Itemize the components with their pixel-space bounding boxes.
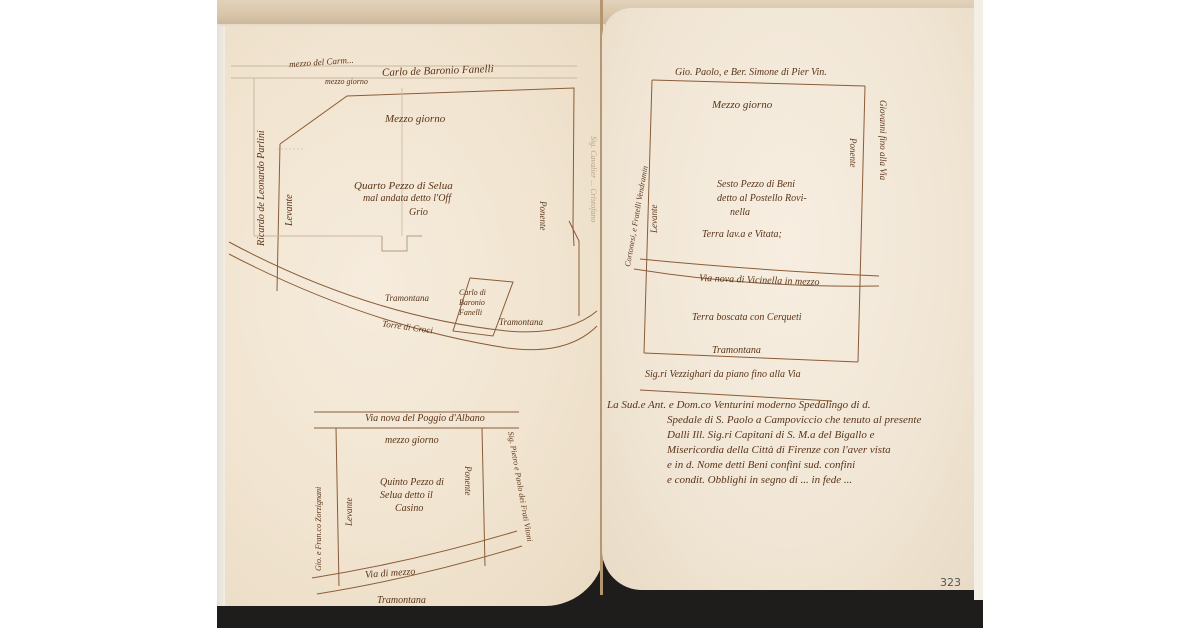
bottom-right-vertical-1: Ponente: [463, 466, 472, 496]
right-vertical-2: Sig. Cavalier ... Cristofano: [589, 136, 597, 222]
right-right-vertical-1: Ponente: [848, 138, 857, 168]
bottom-left-vertical-1: Levante: [345, 498, 354, 527]
left-vertical-2: Levante: [285, 194, 295, 226]
right-page-map-lines: [602, 8, 974, 590]
parcel-text-1: Quarto Pezzo di Selua: [354, 181, 453, 192]
bottom-interior-title: mezzo giorno: [385, 436, 439, 446]
right-right-vertical-2: Giovanni fino alla Via: [878, 100, 887, 180]
bottom-north-label: Tramontana: [377, 596, 426, 606]
faint-note: · · · · · · ·: [277, 146, 303, 154]
right-vertical-1: Ponente: [538, 201, 547, 231]
map-top-interior-title: Mezzo giorno: [385, 114, 445, 125]
right-parcel-text-2: detto al Postello Rovi-: [717, 194, 807, 204]
north-label-2: Tramontana: [499, 318, 543, 327]
bottom-parcel-text-3: Casino: [395, 504, 423, 514]
bottom-parcel-text-2: Selua detto il: [380, 491, 433, 501]
deed-line: Spedale di S. Paolo a Campoviccio che te…: [667, 415, 967, 426]
bottom-left-vertical-2: Gio. e Fran.co Zorzignani: [315, 487, 323, 571]
right-parcel-text-1: Sesto Pezzo di Beni: [717, 180, 795, 190]
deed-paragraph: La Sud.e Ant. e Dom.co Venturini moderno…: [607, 400, 967, 486]
parcel-text-2: mal andata detto l'Off: [363, 194, 451, 204]
deed-line: La Sud.e Ant. e Dom.co Venturini moderno…: [607, 400, 967, 411]
deed-line: e condit. Obblighi in segno di ... in fe…: [667, 475, 967, 486]
deed-line: Misericordia della Città di Firenze con …: [667, 445, 967, 456]
right-interior-title: Mezzo giorno: [712, 100, 772, 111]
left-page: mezzo del Carm... mezzo giorno Carlo de …: [217, 24, 605, 606]
deed-line: e in d. Nome detti Beni confini sud. con…: [667, 460, 967, 471]
bottom-parcel-text-1: Quinto Pezzo di: [380, 478, 444, 488]
left-vertical-1: Ricardo de Leonardo Parlini: [257, 130, 267, 246]
manuscript-photo: mezzo del Carm... mezzo giorno Carlo de …: [217, 0, 983, 628]
right-parcel-text-3: nella: [730, 208, 750, 218]
right-land-2: Terra boscata con Cerqueti: [692, 313, 802, 323]
right-north-label: Tramontana: [712, 346, 761, 356]
right-owner-top: Gio. Paolo, e Ber. Simone di Pier Vin.: [675, 68, 827, 78]
page-number: 323: [940, 576, 961, 589]
right-page: Gio. Paolo, e Ber. Simone di Pier Vin. M…: [602, 8, 974, 590]
deed-line: Dalli Ill. Sig.ri Capitani di S. M.a del…: [667, 430, 967, 441]
bottom-road-top: Via nova del Poggio d'Albano: [365, 414, 485, 424]
right-bottom-owner: Sig.ri Vezzighari da piano fino alla Via: [645, 370, 801, 380]
north-label-1: Tramontana: [385, 294, 429, 303]
page-edge: [974, 0, 983, 600]
top-label-2: mezzo giorno: [325, 78, 368, 86]
right-left-vertical-1: Levante: [650, 205, 659, 234]
small-parcel-label: Carlo di Baronio Fanelli: [459, 288, 501, 318]
parcel-text-3: Grio: [409, 208, 428, 218]
right-land-1: Terra lav.a e Vitata;: [702, 230, 782, 240]
